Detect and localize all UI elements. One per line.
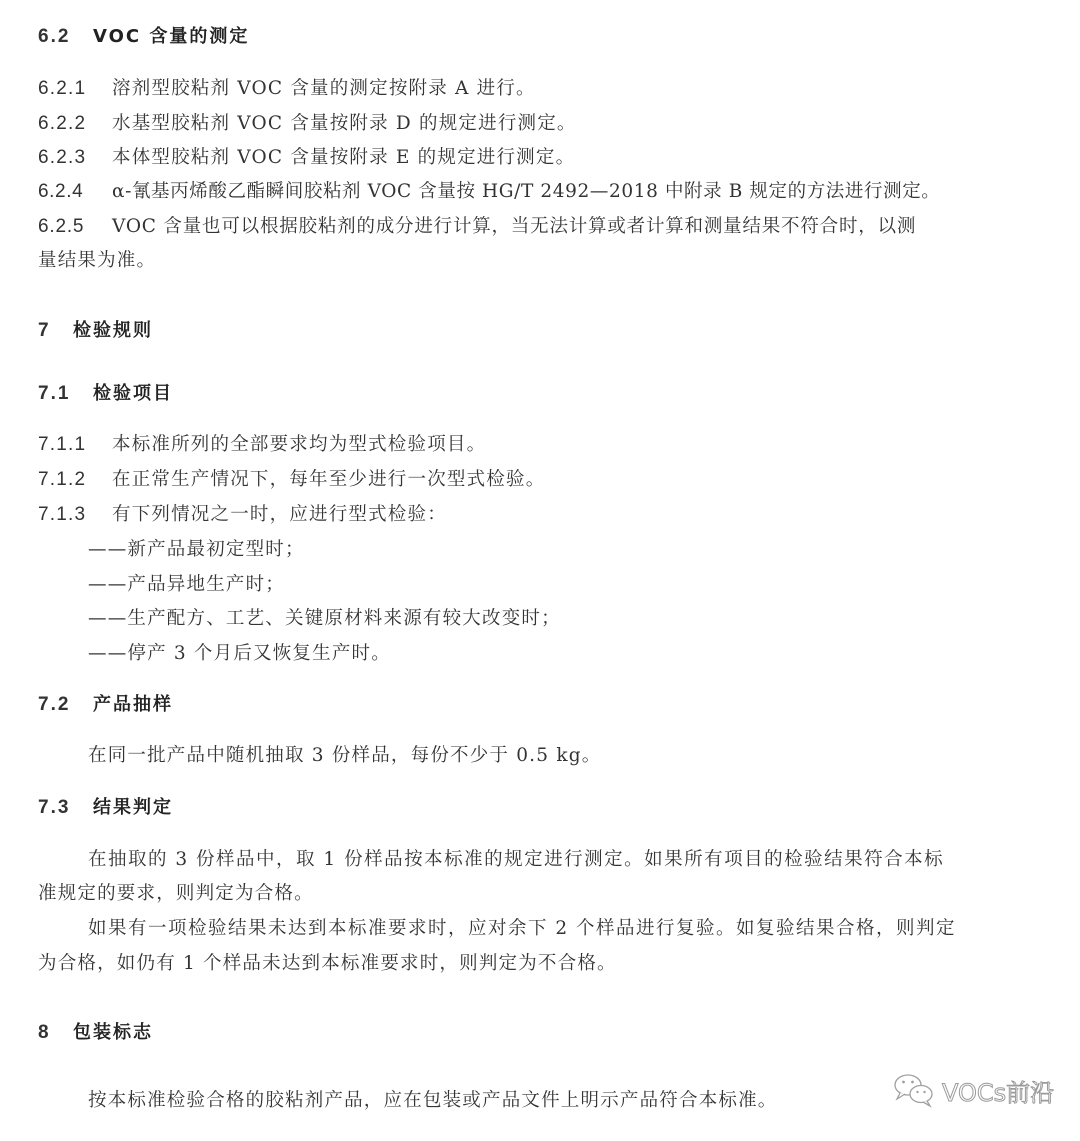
dash-list-item: ——生产配方、工艺、关键原材料来源有较大改变时； [88, 606, 561, 632]
dash-list-item: ——产品异地生产时； [88, 572, 285, 598]
clause-text: 本标准所列的全部要求均为型式检验项目。 [112, 434, 486, 455]
clause-number: 7.1.3 [38, 502, 112, 528]
section-number: 7.1 [38, 381, 93, 407]
clause-6-2-4: 6.2.4α-氰基丙烯酸乙酯瞬间胶粘剂 VOC 含量按 HG/T 2492—20… [38, 179, 940, 205]
clause-7-1-3: 7.1.3有下列情况之一时，应进行型式检验： [38, 502, 447, 528]
section-title: 结果判定 [93, 797, 173, 818]
clause-6-2-2: 6.2.2水基型胶粘剂 VOC 含量按附录 D 的规定进行测定。 [38, 111, 577, 137]
section-number: 6.2 [38, 24, 93, 50]
section-title: 检验项目 [93, 383, 173, 404]
section-7-3-para2-line2: 为合格，如仍有 1 个样品未达到本标准要求时，则判定为不合格。 [38, 951, 617, 977]
section-title: 产品抽样 [93, 694, 173, 715]
clause-number: 6.2.1 [38, 76, 112, 102]
section-number: 7.3 [38, 795, 93, 821]
section-title: 包装标志 [73, 1022, 153, 1043]
clause-6-2-3: 6.2.3本体型胶粘剂 VOC 含量按附录 E 的规定进行测定。 [38, 145, 575, 171]
section-title: 检验规则 [73, 320, 153, 341]
clause-text: 溶剂型胶粘剂 VOC 含量的测定按附录 A 进行。 [112, 78, 536, 99]
section-7-3-para2-line1: 如果有一项检验结果未达到本标准要求时，应对余下 2 个样品进行复验。如复验结果合… [88, 916, 956, 942]
section-heading-7-2: 7.2产品抽样 [38, 692, 173, 718]
clause-number: 7.1.2 [38, 467, 112, 493]
section-number: 7.2 [38, 692, 93, 718]
section-8-text: 按本标准检验合格的胶粘剂产品，应在包装或产品文件上明示产品符合本标准。 [88, 1088, 778, 1114]
clause-7-1-1: 7.1.1本标准所列的全部要求均为型式检验项目。 [38, 432, 486, 458]
watermark: VOCs前沿 [892, 1072, 1054, 1108]
section-number: 8 [38, 1020, 73, 1046]
section-title: VOC 含量的测定 [93, 26, 249, 47]
wechat-icon [892, 1072, 936, 1108]
clause-number: 6.2.2 [38, 111, 112, 137]
clause-text: 本体型胶粘剂 VOC 含量按附录 E 的规定进行测定。 [112, 147, 575, 168]
dash-list-item: ——新产品最初定型时； [88, 537, 305, 563]
clause-number: 6.2.3 [38, 145, 112, 171]
clause-6-2-5: 6.2.5VOC 含量也可以根据胶粘剂的成分进行计算，当无法计算或者计算和测量结… [38, 214, 916, 240]
section-7-3-para1-line2: 准规定的要求，则判定为合格。 [38, 881, 314, 907]
section-heading-7-1: 7.1检验项目 [38, 381, 173, 407]
clause-number: 6.2.4 [38, 179, 112, 205]
clause-text: VOC 含量也可以根据胶粘剂的成分进行计算，当无法计算或者计算和测量结果不符合时… [112, 216, 916, 237]
clause-text: α-氰基丙烯酸乙酯瞬间胶粘剂 VOC 含量按 HG/T 2492—2018 中附… [112, 181, 940, 202]
section-heading-7-3: 7.3结果判定 [38, 795, 173, 821]
section-7-2-text: 在同一批产品中随机抽取 3 份样品，每份不少于 0.5 kg。 [88, 743, 601, 769]
clause-number: 6.2.5 [38, 214, 112, 240]
section-heading-7: 7检验规则 [38, 318, 153, 344]
clause-6-2-5-continuation: 量结果为准。 [38, 248, 156, 274]
section-heading-6-2: 6.2VOC 含量的测定 [38, 24, 249, 50]
clause-6-2-1: 6.2.1溶剂型胶粘剂 VOC 含量的测定按附录 A 进行。 [38, 76, 536, 102]
clause-text: 在正常生产情况下，每年至少进行一次型式检验。 [112, 469, 545, 490]
dash-list-item: ——停产 3 个月后又恢复生产时。 [88, 641, 391, 667]
section-heading-8: 8包装标志 [38, 1020, 153, 1046]
watermark-text: VOCs前沿 [942, 1073, 1054, 1108]
clause-number: 7.1.1 [38, 432, 112, 458]
section-7-3-para1-line1: 在抽取的 3 份样品中，取 1 份样品按本标准的规定进行测定。如果所有项目的检验… [88, 847, 944, 873]
clause-text: 水基型胶粘剂 VOC 含量按附录 D 的规定进行测定。 [112, 113, 577, 134]
section-number: 7 [38, 318, 73, 344]
clause-text: 有下列情况之一时，应进行型式检验： [112, 504, 447, 525]
clause-7-1-2: 7.1.2在正常生产情况下，每年至少进行一次型式检验。 [38, 467, 545, 493]
